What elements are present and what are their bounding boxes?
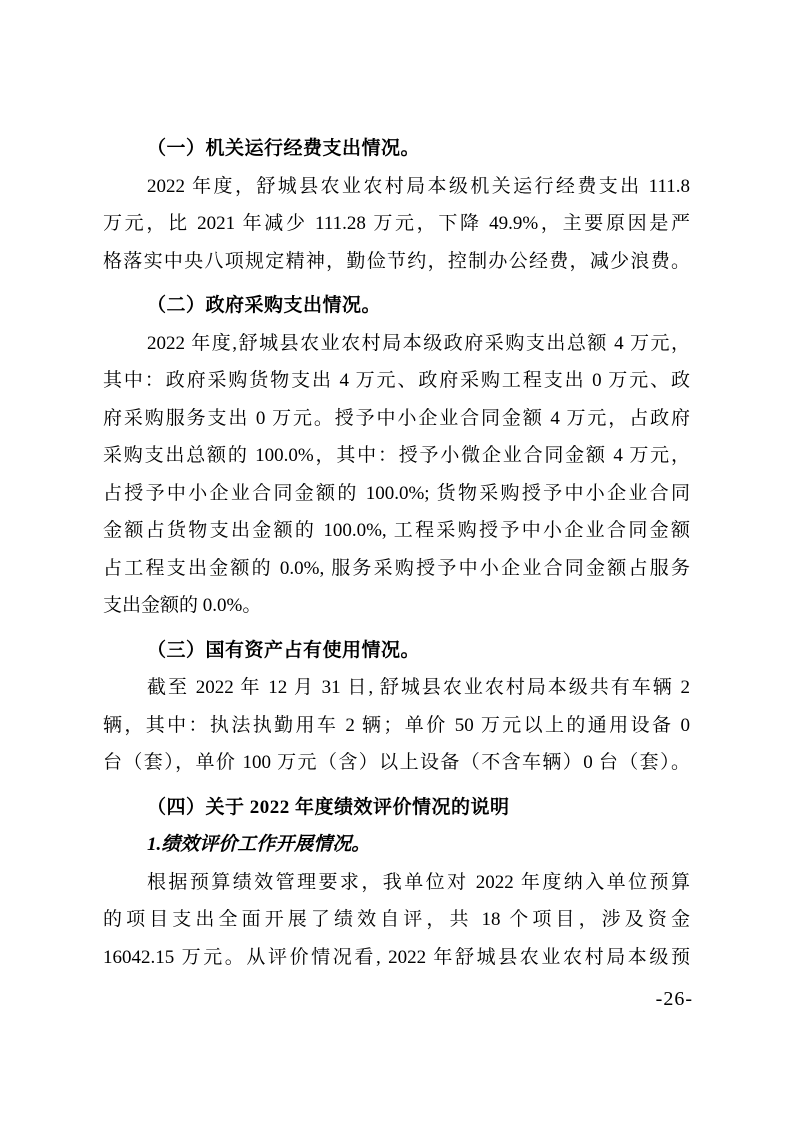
section-heading-government-procurement-expense: （二）政府采购支出情况。 (103, 287, 690, 325)
paragraph-line: 截至 2022 年 12 月 31 日, 舒城县农业农村局本级共有车辆 2 (103, 669, 690, 707)
section-heading-organ-operating-expense: （一）机关运行经费支出情况。 (103, 130, 690, 168)
paragraph-line: 采购支出总额的 100.0%，其中：授予小微企业合同金额 4 万元， (103, 437, 690, 475)
paragraph-line: 占工程支出金额的 0.0%, 服务采购授予中小企业合同金额占服务 (103, 550, 690, 588)
paragraph-line: 2022 年度,舒城县农业农村局本级政府采购支出总额 4 万元， (103, 325, 690, 363)
section-heading-state-owned-assets: （三）国有资产占有使用情况。 (103, 632, 690, 670)
paragraph-line: 万元，比 2021 年减少 111.28 万元，下降 49.9%，主要原因是严 (103, 205, 690, 243)
document-content: （一）机关运行经费支出情况。2022 年度，舒城县农业农村局本级机关运行经费支出… (103, 130, 690, 976)
paragraph-line: 占授予中小企业合同金额的 100.0%; 货物采购授予中小企业合同 (103, 475, 690, 513)
paragraph-line: 台（套），单价 100 万元（含）以上设备（不含车辆）0 台（套）。 (103, 744, 690, 782)
section-subheading-performance-evaluation: 1.绩效评价工作开展情况。 (103, 826, 690, 864)
paragraph-line: 金额占货物支出金额的 100.0%, 工程采购授予中小企业合同金额 (103, 512, 690, 550)
paragraph-line: 2022 年度，舒城县农业农村局本级机关运行经费支出 111.8 (103, 168, 690, 206)
paragraph-line: 根据预算绩效管理要求，我单位对 2022 年度纳入单位预算 (103, 864, 690, 902)
section-heading-performance-evaluation: （四）关于 2022 年度绩效评价情况的说明 (103, 789, 690, 827)
document-page: （一）机关运行经费支出情况。2022 年度，舒城县农业农村局本级机关运行经费支出… (0, 0, 793, 1122)
paragraph-line: 支出金额的 0.0%。 (103, 587, 690, 625)
paragraph-line: 的项目支出全面开展了绩效自评，共 18 个项目，涉及资金 (103, 901, 690, 939)
paragraph-line: 格落实中央八项规定精神，勤俭节约，控制办公经费，减少浪费。 (103, 243, 690, 281)
paragraph-line: 16042.15 万元。从评价情况看, 2022 年舒城县农业农村局本级预 (103, 939, 690, 977)
paragraph-line: 其中：政府采购货物支出 4 万元、政府采购工程支出 0 万元、政 (103, 362, 690, 400)
paragraph-line: 辆，其中：执法执勤用车 2 辆；单价 50 万元以上的通用设备 0 (103, 707, 690, 745)
page-number: -26- (656, 988, 693, 1011)
paragraph-line: 府采购服务支出 0 万元。授予中小企业合同金额 4 万元，占政府 (103, 400, 690, 438)
